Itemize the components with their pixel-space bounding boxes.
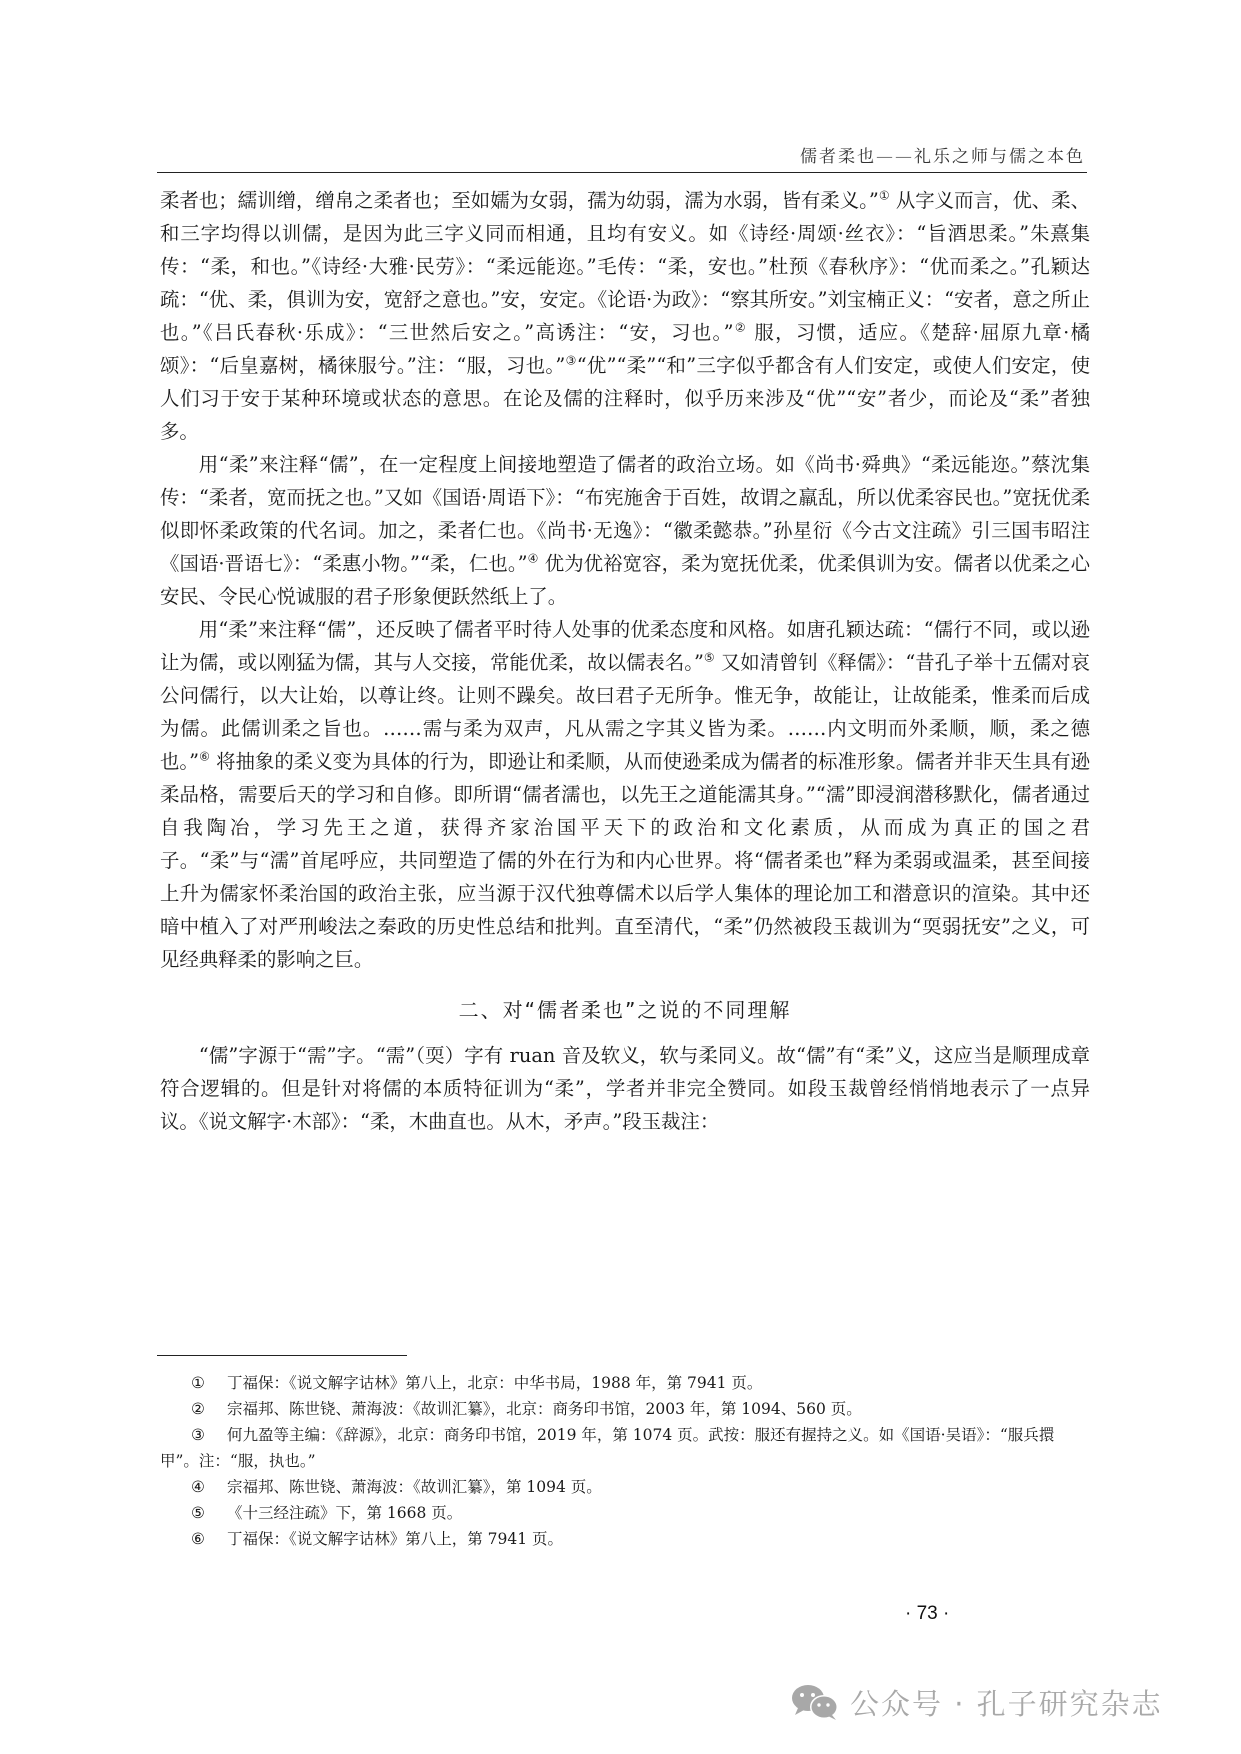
footnote-ref-3[interactable]: ③ — [565, 354, 576, 368]
footnote-2: ②宗福邦、陈世铙、萧海波：《故训汇纂》，北京：商务印书馆，2003 年，第 10… — [160, 1396, 1090, 1422]
page-number: · 73 · — [905, 1603, 949, 1625]
footnote-number: ① — [191, 1370, 227, 1396]
watermark-text: 公众号 · 孔子研究杂志 — [850, 1682, 1163, 1723]
footnote-number: ② — [191, 1396, 227, 1422]
footnote-text: 宗福邦、陈世铙、萧海波：《故训汇纂》，北京：商务印书馆，2003 年，第 109… — [227, 1400, 862, 1418]
footnote-ref-5[interactable]: ⑤ — [704, 651, 715, 665]
footnote-number: ④ — [191, 1474, 227, 1500]
footnote-number: ⑤ — [191, 1500, 227, 1526]
footnotes: ①丁福保：《说文解字诂林》第八上，北京：中华书局，1988 年，第 7941 页… — [160, 1370, 1090, 1552]
footnote-3: ③何九盈等主编：《辞源》，北京：商务印书馆，2019 年，第 1074 页。武按… — [160, 1422, 1090, 1474]
footnote-text: 宗福邦、陈世铙、萧海波：《故训汇纂》，第 1094 页。 — [227, 1478, 602, 1496]
section-heading: 二、对“儒者柔也”之说的不同理解 — [160, 994, 1090, 1027]
paragraph-4: “儒”字源于“需”字。“需”（耎）字有 ruan 音及软义，软与柔同义。故“儒”… — [160, 1039, 1090, 1138]
footnote-ref-4[interactable]: ④ — [528, 552, 539, 566]
footnote-number: ⑥ — [191, 1526, 227, 1552]
header-rule — [157, 172, 1087, 173]
footnote-text: 丁福保：《说文解字诂林》第八上，第 7941 页。 — [227, 1530, 563, 1548]
running-head-title: 儒者柔也——礼乐之师与儒之本色 — [157, 142, 1085, 167]
paragraph-text: 将抽象的柔义变为具体的行为，即逊让和柔顺，从而使逊柔成为儒者的标准形象。儒者并非… — [160, 750, 1090, 971]
footnote-rule — [157, 1355, 407, 1356]
wechat-icon — [790, 1682, 840, 1722]
footnote-ref-6[interactable]: ⑥ — [199, 750, 210, 764]
footnote-text: 《十三经注疏》下，第 1668 页。 — [227, 1504, 462, 1522]
footnote-6: ⑥丁福保：《说文解字诂林》第八上，第 7941 页。 — [160, 1526, 1090, 1552]
body-text: 柔者也；繻训缯，缯帛之柔者也；至如嬬为女弱，孺为幼弱，濡为水弱，皆有柔义。”① … — [160, 184, 1090, 1138]
footnote-text: 丁福保：《说文解字诂林》第八上，北京：中华书局，1988 年，第 7941 页。 — [227, 1374, 762, 1392]
footnote-number: ③ — [191, 1422, 227, 1448]
footnote-ref-2[interactable]: ② — [734, 321, 747, 335]
paragraph-3: 用“柔”来注释“儒”，还反映了儒者平时待人处事的优柔态度和风格。如唐孔颖达疏：“… — [160, 613, 1090, 976]
footnote-text: 何九盈等主编：《辞源》，北京：商务印书馆，2019 年，第 1074 页。武按：… — [160, 1426, 1054, 1470]
footnote-5: ⑤《十三经注疏》下，第 1668 页。 — [160, 1500, 1090, 1526]
paragraph-2: 用“柔”来注释“儒”，在一定程度上间接地塑造了儒者的政治立场。如《尚书·舜典》“… — [160, 448, 1090, 613]
watermark: 公众号 · 孔子研究杂志 — [790, 1680, 1163, 1724]
paragraph-text: 柔者也；繻训缯，缯帛之柔者也；至如嬬为女弱，孺为幼弱，濡为水弱，皆有柔义。” — [160, 189, 879, 212]
footnote-4: ④宗福邦、陈世铙、萧海波：《故训汇纂》，第 1094 页。 — [160, 1474, 1090, 1500]
footnote-1: ①丁福保：《说文解字诂林》第八上，北京：中华书局，1988 年，第 7941 页… — [160, 1370, 1090, 1396]
paragraph-1: 柔者也；繻训缯，缯帛之柔者也；至如嬬为女弱，孺为幼弱，濡为水弱，皆有柔义。”① … — [160, 184, 1090, 448]
footnote-ref-1[interactable]: ① — [879, 189, 890, 203]
